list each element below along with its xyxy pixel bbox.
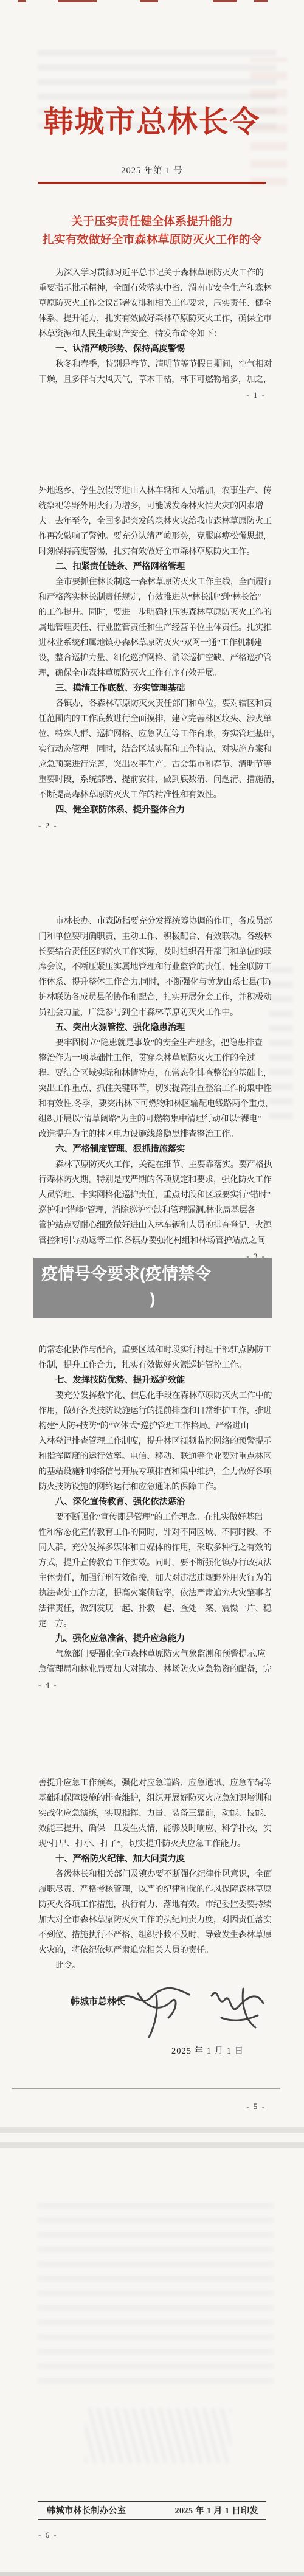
- page-number: - 2 -: [38, 818, 266, 833]
- body-line: 的常态化协作与配合，重要区域和时段实行村组干部驻点协防工: [38, 1343, 266, 1358]
- document-title-line2: 扎实有效做好全市森林草原防灭火工作的令: [0, 231, 304, 249]
- page-number: - 1 -: [38, 387, 266, 403]
- body-line: 人员管理、卡实网格化巡护责任，重点时段和区域要实行“错时”: [38, 1188, 266, 1203]
- page-number: - 5 -: [246, 2102, 266, 2111]
- body-line: 长要结合责任区的防火工作实际，及时组织召开部门和单位的联: [38, 944, 266, 960]
- page-3-body: 市林长办、市森防指要充分发挥统筹协调的作用，各成员部门和单位要明确职责，主动工作…: [38, 914, 266, 1264]
- body-line: 市林长办、市森防指要充分发挥统筹协调的作用，各成员部: [38, 914, 266, 929]
- body-line: 各级林长和相关部门及镇办要不断强化纪律作风意识，全面: [38, 1867, 266, 1882]
- body-line: 属地管理责任、行业监管责任和生产经营单位主体责任。扎实推: [38, 620, 266, 635]
- body-line: 管护站点要耐心细致做好进山入林车辆和人员的排查登记、火源: [38, 1218, 266, 1233]
- handwritten-signature-2: [207, 1981, 268, 2036]
- document-title-line1: 关于压实责任健全体系提升能力: [0, 213, 304, 231]
- body-line: 组织开展以“清草阔路”为主的可燃物集中清理行动和以“裸电”: [38, 1112, 266, 1127]
- body-line: 急管理局和林业局要加大对镇办、林场防火应急物资的配备，完: [38, 1662, 266, 1677]
- red-header-title: 韩城市总林长令: [0, 103, 304, 141]
- body-line: 门和单位要明确职责，主动工作、积极配合、有效联动。各级林: [38, 929, 266, 944]
- body-line: 主体责任，加强行刑有效衔接，加大对违法违规野外用火行为的: [38, 1571, 266, 1586]
- body-line: 进林业系统和属地镇办森林草原防灭火“双网一通”工作机制建: [38, 635, 266, 651]
- body-line: 效能三提升、确保一旦发生火情，能够及时响应、科学扑救，实: [38, 1821, 266, 1837]
- body-line: 和有效性.冬季，要突出林下可燃物和林区输配电线路两个重点，: [38, 1096, 266, 1112]
- body-line: 同人群，充分发挥多媒体和自媒体的作用，采取多种行之有效的: [38, 1540, 266, 1556]
- body-line: 体系、提升能力，扎实有效做好森林草原防灭火工作，确保全市: [38, 311, 266, 327]
- body-line: 的基站设施和网络信号开展专项排查和集中维护，全力做好各项: [38, 1464, 266, 1480]
- print-date: 2025 年 1 月 1 日印发: [175, 2504, 259, 2516]
- body-line: 定一方。: [38, 1616, 266, 1632]
- page-4-body: 的常态化协作与配合，重要区域和时段实行村组干部驻点协防工作制，提升工作合力，扎实…: [38, 1343, 266, 1692]
- body-line: 管控和引导劝返等工作.各镇办要强化村组和林场管护站点之间: [38, 1233, 266, 1248]
- body-line: 此令。: [38, 1958, 266, 1973]
- body-line: 要不断强化“宣传即是管理”的工作理念。在扎实做好基础: [38, 1510, 266, 1525]
- signature-date: 2025 年 1 月 1 日: [171, 2044, 244, 2057]
- section-heading: 八、深化宣传教育、强化依法惩治: [38, 1495, 266, 1510]
- video-caption-overlay: 疫情号令要求(疫情禁令 ): [33, 1258, 272, 1318]
- page-3: 市林长办、市森防指要充分发挥统筹协调的作用，各成员部门和单位要明确职责，主动工作…: [0, 888, 304, 1320]
- body-line: 实行动态管理。同时，结合区域实际和工作特点，对实施方案和: [38, 742, 266, 757]
- body-line: 重要时段，系统部署、提前安排，做到底数清、问题清、措施清，: [38, 772, 266, 788]
- body-line: 各镇办，各森林草原防灭火责任部门和单位，要对辖区和责: [38, 696, 266, 712]
- page-number: - 4 -: [38, 1677, 266, 1692]
- body-line: 加大对全市森林草原防灭火工作的执纪问责力度，对因责任落实: [38, 1913, 266, 1928]
- body-line: 突出工作重点、抓住关键环节，切实提高排查整治工作的集中性: [38, 1081, 266, 1096]
- body-line: 森林草原防灭火工作，关键在细节、主要靠落实。要严格执: [38, 1157, 266, 1172]
- body-line: 重要指示批示精神，全面有效落实中省、渭南市安全生产和森林: [38, 281, 266, 296]
- section-heading: 二、扣紧责任链条、严格网格管理: [38, 559, 266, 575]
- body-line: 作再次敲响了警钟。要充分认清严峻形势，克服麻痹松懈思想，: [38, 529, 266, 544]
- scanned-document-canvas: 韩城市总林长令 2025 年第 1 号 关于压实责任健全体系提升能力 扎实有效做…: [0, 0, 304, 2576]
- scan-seam-band: [0, 2142, 304, 2148]
- body-line: 不到位、措施执行不严格、组织扑救不及时，导致发生森林草原: [38, 1928, 266, 1943]
- body-line: 林草资源和人民生命财产安全，特发布命令如下：: [38, 327, 266, 342]
- body-line: 程。要结合区域实际和林情特点，在常态化排查整治的基础上，: [38, 1066, 266, 1081]
- body-line: 干燥，且多伴有大风天气，草木干枯，林下可燃物增多，加之，: [38, 372, 266, 387]
- page-1: 韩城市总林长令 2025 年第 1 号 关于压实责任健全体系提升能力 扎实有效做…: [0, 0, 304, 462]
- section-heading: 七、发挥技防优势、提升巡护效能: [38, 1373, 266, 1388]
- section-heading: 五、突出火源管控、强化隐患治理: [38, 1020, 266, 1036]
- body-line: 设，整合巡护力量、细化巡护网格、消除巡护空缺、严格巡护管: [38, 651, 266, 666]
- page-4: 的常态化协作与配合，重要区域和时段实行村组干部驻点协防工作制，提升工作合力，扎实…: [0, 1320, 304, 1751]
- body-line: 实战化应急演练，实现指挥、力量、装备三靠前，动能、技能、: [38, 1806, 266, 1821]
- body-line: 性和常态化宣传教育工作的同时，针对不同区域、不同时段、不: [38, 1525, 266, 1540]
- page-5-body: 善提升应急工作预案，强化对应急道路、应急通讯、应急车辆等基础和保障设施的排查维护…: [38, 1776, 266, 1973]
- body-line: 行森林防火期，特别是戒严期的各项规定和要求，强化防火工作: [38, 1172, 266, 1188]
- scan-seam-line: [12, 2088, 280, 2089]
- caption-text-line1: 疫情号令要求(疫情禁令: [33, 1258, 272, 1287]
- body-line: 防火技防设施的网络运行和应急通讯的保障工作。: [38, 1480, 266, 1495]
- body-line: 理，确保全市森林草原防灭火工作有序有效开展。: [38, 666, 266, 681]
- body-line: 要充分发挥数字化、信息化手段在森林草原防灭火工作中的: [38, 1388, 266, 1404]
- body-line: 为深入学习贯彻习近平总书记关于森林草原防灭火工作的: [38, 266, 266, 281]
- page-2: 外地返乡、学生放假等进山入林车辆和人员增加，农事生产、传统祭祀等野外用火行为增多…: [0, 462, 304, 888]
- body-line: 任范围内的工作底数进行全面摸排，建立完善林区坟头、涉火单: [38, 712, 266, 727]
- footer-rule-bottom: [38, 2519, 266, 2520]
- body-line: 的工作提升。同时，要进一步明确和压实森林草原防灭火工作的: [38, 605, 266, 620]
- body-line: 时刻保持高度警惕，扎实有效做好全市森林草原防火工作。: [38, 544, 266, 559]
- section-heading: 十、严格防火纪律、加大问责力度: [38, 1852, 266, 1867]
- page-2-body: 外地返乡、学生放假等进山入林车辆和人员增加，农事生产、传统祭祀等野外用火行为增多…: [38, 483, 266, 833]
- body-line: 构建“人防+技防”的“立体式”巡护管理工作格局。严格进山: [38, 1419, 266, 1434]
- body-line: 席会议，不断压紧压实属地管理和行业监管的责任，健全联防工: [38, 960, 266, 975]
- ink-bleedthrough: [269, 961, 293, 1119]
- caption-text-line2: ): [33, 1287, 272, 1311]
- body-line: 作制，提升工作合力，扎实有效做好火源巡护管控工作。: [38, 1358, 266, 1373]
- body-line: 秋冬和春季，特别是春节、清明节等节假日期间，空气相对: [38, 357, 266, 372]
- body-line: 作体系、提升整体工作合力.同时，不断强化与黄龙山系七县(市): [38, 975, 266, 990]
- body-line: 要牢固树立“隐患就是事故”的安全生产理念，把隐患排查: [38, 1036, 266, 1051]
- footer-rule-top: [38, 2501, 266, 2502]
- body-line: 全市要抓住林长制这一森林草原防灭火工作主线，全面履行: [38, 575, 266, 590]
- body-line: 防灭火各项工作措施，执行有力、落地有效。市纪委监委要持续: [38, 1897, 266, 1913]
- body-line: 整治作为一项基础性工作，贯穿森林草原防灭火工作的全过: [38, 1051, 266, 1066]
- body-line: 入林登记排查管理工作制度，提升林区视频监控网络的预警提示: [38, 1434, 266, 1449]
- page-1-body: 为深入学习贯彻习近平总书记关于森林草原防灭火工作的重要指示批示精神，全面有效落实…: [38, 266, 266, 403]
- body-line: 护林联防各成员县的协作和配合，扎实开展分会工作，并积极动: [38, 990, 266, 1005]
- section-heading: 四、健全联防体系、提升整体合力: [38, 803, 266, 818]
- section-heading: 九、强化应急准备、提升应急能力: [38, 1632, 266, 1647]
- body-line: 大。去年至今，全国多起突发的森林火灾给我市森林草原防火工: [38, 514, 266, 529]
- body-line: 气象部门要强化全市森林草原防火气象监测和预警提示.应: [38, 1647, 266, 1662]
- signature-bleedthrough: [85, 2408, 231, 2463]
- body-line: 作用，做好各类技防设施运行的提前排查和日常维护工作，推进: [38, 1404, 266, 1419]
- ink-bleedthrough: [38, 2201, 274, 2384]
- page-6: 韩城市林长制办公室 2025 年 1 月 1 日印发 - 6 -: [0, 2165, 304, 2576]
- scan-seam-band: [0, 2127, 304, 2133]
- body-line: 和严格落实林长制责任规定，有效推进从“林长制”到“林长治”: [38, 590, 266, 605]
- body-line: 火灾的，将依纪依规严肃追究相关人员的责任。: [38, 1943, 266, 1958]
- issue-number: 2025 年第 1 号: [0, 164, 304, 176]
- issuing-office: 韩城市林长制办公室: [47, 2504, 126, 2516]
- body-line: 和指挥调度的运行效率。电信、移动、联通等企业要对重点林区: [38, 1449, 266, 1464]
- body-line: 执法查处工作力度，提高火案侦破率，依法严肃追究火灾肇事者: [38, 1586, 266, 1601]
- page-number: - 6 -: [38, 2530, 58, 2540]
- body-line: 草原防灭火工作会议部署安排和相关工作要求，压实责任、健全: [38, 296, 266, 311]
- body-line: 员社会力量，广泛参与到全市森林草原防灭火工作中。: [38, 1005, 266, 1020]
- body-line: 履职尽责、严格考核管理，以严的纪律和优的作风保障森林草原: [38, 1882, 266, 1897]
- body-line: 法律责任，做到发现一起、扑救一起、查处一案、震慑一片、稳: [38, 1601, 266, 1616]
- handwritten-signature-1: [111, 1975, 193, 2042]
- body-line: 方式，提升宣传教育工作实效。同时，要不断强化镇办行政执法: [38, 1556, 266, 1571]
- body-line: 应急预案进行完善，突出农事生产、古会集市和春节、清明节等: [38, 757, 266, 772]
- scan-bottom-edge: [0, 2572, 304, 2576]
- body-line: 统祭祀等野外用火行为增多，可能诱发森林火情火灾的因素增: [38, 499, 266, 514]
- body-line: 善提升应急工作预案，强化对应急道路、应急通讯、应急车辆等: [38, 1776, 266, 1791]
- body-line: 现“打早、打小、打了”，切实提升防灭火应急工作能力。: [38, 1837, 266, 1852]
- page-5: 善提升应急工作预案，强化对应急道路、应急通讯、应急车辆等基础和保障设施的排查维护…: [0, 1751, 304, 2165]
- body-line: 基础和保障设施的排查维护，组织开展好防灭火应急知识培训和: [38, 1791, 266, 1806]
- section-heading: 三、摸清工作底数、夯实管理基础: [38, 681, 266, 696]
- body-line: 位、特殊人群、巡护网格、应急队伍等工作台账，夯实管理基础，: [38, 727, 266, 742]
- body-line: 外地返乡、学生放假等进山入林车辆和人员增加，农事生产、传: [38, 483, 266, 499]
- body-line: 不断提高森林草原防灭火工作的精准性和有效性。: [38, 788, 266, 803]
- red-divider-rule: [38, 182, 266, 184]
- body-line: 改造提升为主的林区电力设施线路隐患排查整治工作。: [38, 1127, 266, 1142]
- section-heading: 一、认清严峻形势、保持高度警惕: [38, 342, 266, 357]
- section-heading: 六、严格制度管理、狠抓措施落实: [38, 1142, 266, 1157]
- body-line: 巡护和“错峰”管理，消除巡护空缺和管理漏洞.林业局基层各: [38, 1203, 266, 1218]
